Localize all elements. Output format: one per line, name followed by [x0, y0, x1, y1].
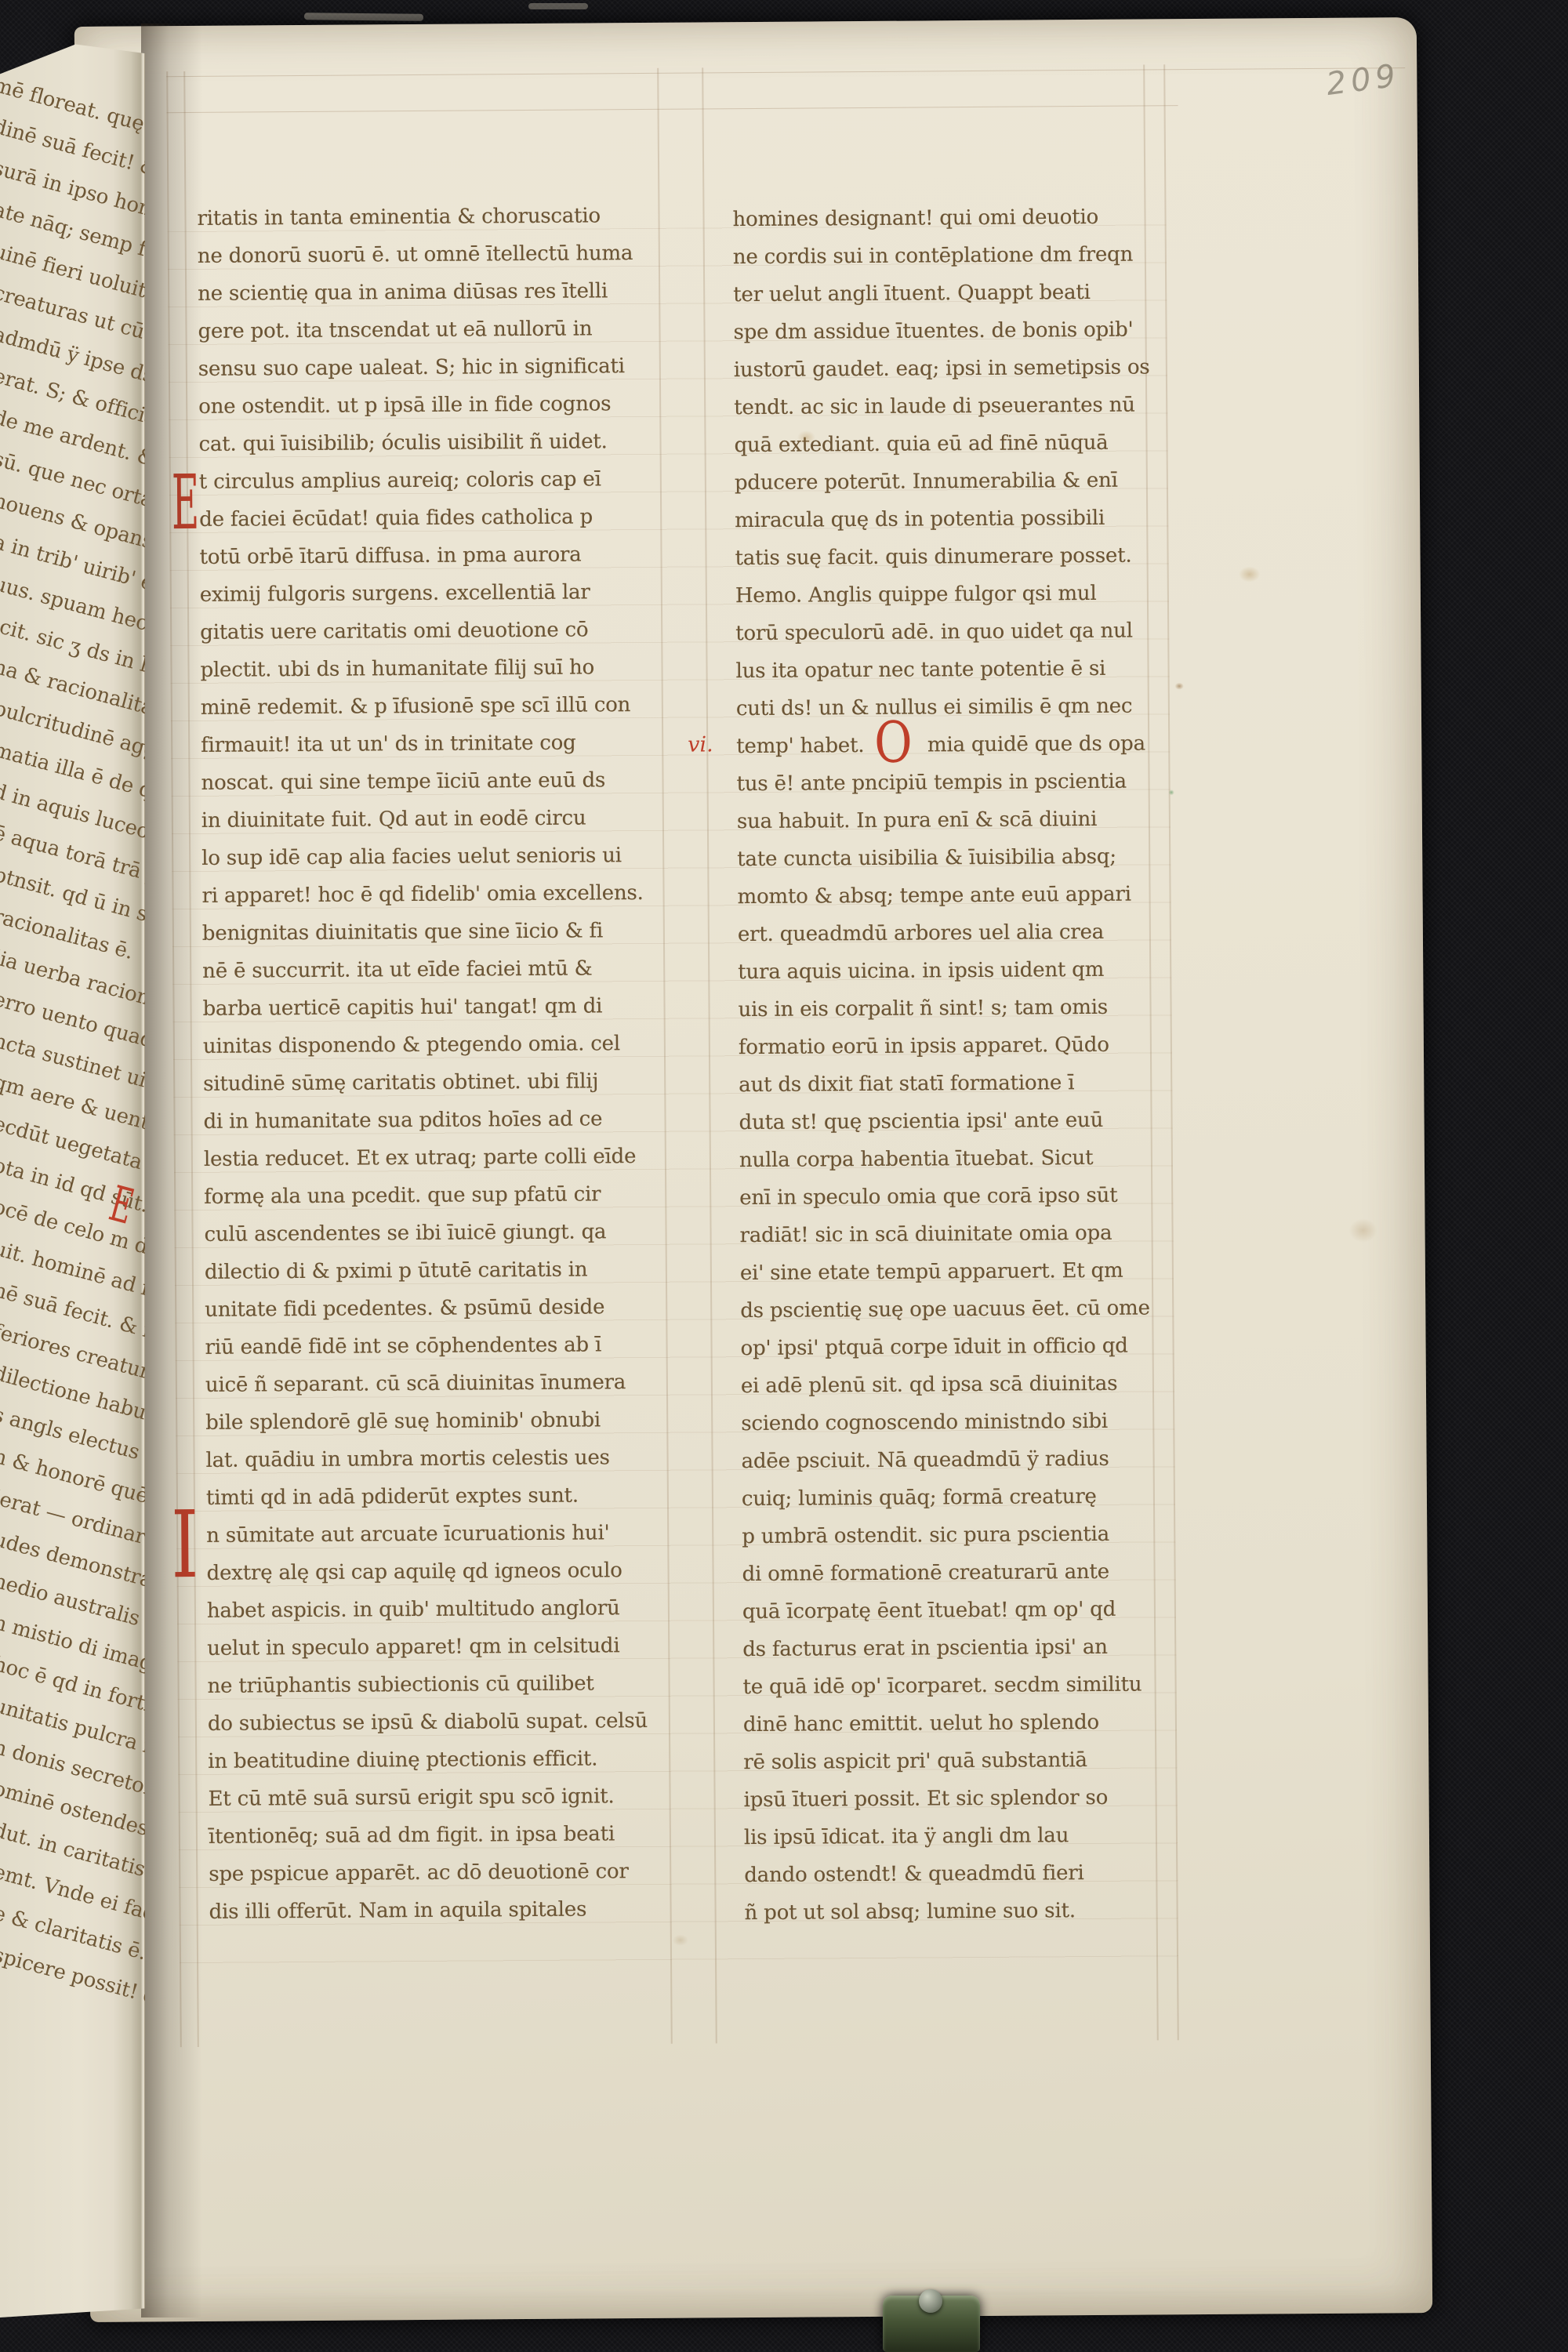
ruling-line [167, 105, 1178, 113]
text-line: cuti ds! un & nullus ei similis ē qm nec [736, 687, 1191, 728]
page-edge-sliver [528, 3, 588, 9]
text-line: nē ē succurrit. ita ut eīde faciei mtū & [202, 949, 673, 990]
text-line: do subiectus se ipsū & diabolū supat. ce… [208, 1702, 678, 1743]
text-line: tura aquis uicina. in ipsis uident qm [738, 950, 1192, 991]
text-line: aut ds dixit fiat statī formatione ī [739, 1063, 1193, 1104]
page-fold-shadow [141, 24, 202, 2318]
text-line: ter uelut angli ītuent. Quappt beati [733, 273, 1188, 314]
ruling-lines [74, 17, 1417, 27]
text-line: uelut in speculo apparet! qm in celsitud… [207, 1627, 677, 1668]
text-line: temp' habet. mia quidē que ds opa [736, 724, 1191, 765]
clip-pin [919, 2289, 942, 2313]
text-line: homines designant! qui omi deuotio [732, 198, 1187, 238]
text-line: ītentionēq; suā ad dm figit. in ipsa bea… [209, 1815, 679, 1856]
text-line: dis illi offerūt. Nam in aquila spitales [209, 1890, 679, 1931]
text-line: de faciei ēcūdat! quia fides catholica p [199, 498, 670, 539]
text-line: te quā idē op' īcorparet. secdm similitu [742, 1665, 1197, 1706]
text-line: pducere poterūt. Innumerabilia & enī [735, 461, 1189, 502]
parchment-stain [1235, 563, 1265, 585]
text-line: habet aspicis. in quib' multitudo anglor… [207, 1589, 677, 1630]
text-line: Et cū mtē suā sursū erigit spu scō ignit… [208, 1777, 678, 1818]
text-line: gere pot. ita tnscendat ut eā nullorū in [198, 310, 668, 350]
previous-page-text: mē floreat. quę addinē suā fecit! & omss… [0, 64, 145, 1976]
text-line: quā extediant. quia eū ad finē nūquā [734, 423, 1189, 464]
text-line: torū speculorū adē. in quo uidet qa nul [735, 612, 1190, 652]
ruling-line [166, 67, 1405, 77]
text-line: formatio eorū in ipsis apparet. Qūdo [739, 1025, 1193, 1066]
text-line: firmauit! ita ut un' ds in trinitate cog [201, 724, 671, 764]
text-line: ds pscientię suę ope uacuus ēet. cū ome [740, 1289, 1195, 1330]
text-line: eximij fulgoris surgens. excellentiā lar [200, 573, 670, 614]
text-line: uinitas disponendo & ptegendo omia. cel [203, 1025, 673, 1065]
text-line: cuiq; luminis quāq; formā creaturę [742, 1477, 1196, 1518]
text-line: ipsū ītueri possit. Et sic splendor so [743, 1778, 1198, 1819]
text-line: iustorū gaudet. eaq; ipsi in semetipsis … [734, 348, 1189, 389]
text-line: ne scientię qua in anima diūsas res ītel… [198, 272, 668, 313]
text-line: tatis suę facit. quis dinumerare posset. [735, 536, 1189, 577]
text-line: spe pspicue apparēt. ac dō deuotionē cor [209, 1853, 679, 1893]
text-line: nulla corpa habentia ītuebat. Sicut [739, 1138, 1194, 1179]
text-line: plectit. ubi ds in humanitate filij suī … [200, 648, 670, 689]
rubric-initial-o: O [874, 714, 913, 771]
text-line: lo sup idē cap alia facies uelut seniori… [201, 837, 672, 877]
text-line: di omnē formationē creaturarū ante [742, 1552, 1196, 1593]
previous-page-edge: mē floreat. quę addinē suā fecit! & omss… [0, 28, 145, 2318]
text-line: adēe psciuit. Nā queadmdū ÿ radius [741, 1439, 1196, 1480]
text-line: lestia reducet. Et ex utraq; parte colli… [204, 1138, 674, 1178]
text-column-left: ritatis in tanta eminentia & choruscatio… [197, 197, 679, 1931]
text-line: dilectio di & pximi p ūtutē caritatis in [205, 1250, 675, 1291]
text-line: riū eandē fidē int se cōphendentes ab ī [205, 1326, 675, 1367]
text-line: dinē hanc emittit. uelut ho splendo [743, 1703, 1198, 1744]
text-line: spe dm assidue ītuentes. de bonis opib' [733, 310, 1188, 351]
text-line: ert. queadmdū arbores uel alia crea [738, 913, 1192, 953]
text-line: tate cuncta uisibilia & īuisibilia absq; [737, 837, 1192, 878]
text-line: noscat. qui sine tempe īiciū ante euū ds [201, 761, 671, 802]
parchment-stain [1343, 1214, 1382, 1247]
text-line: rē solis aspicit pri' quā substantiā [743, 1740, 1198, 1781]
text-line: uicē ñ separant. cū scā diuinitas īnumer… [205, 1363, 676, 1404]
text-line: gitatis uere caritatis omi deuotione cō [200, 611, 670, 652]
text-line: lis ipsū īdicat. ita ÿ angli dm lau [744, 1816, 1199, 1857]
text-line: op' ipsi' ptquā corpe īduit in officio q… [740, 1327, 1195, 1367]
text-line: tendt. ac sic in laude di pseuerantes nū [734, 386, 1189, 426]
text-line: dando ostendt! & queadmdū fieri [744, 1853, 1199, 1894]
text-column-right: homines designant! qui omi deuotione cor… [732, 198, 1199, 1932]
text-line: ne cordis sui in contēplatione dm freqn [733, 235, 1188, 276]
text-line: miracula quę ds in potentia possibili [735, 499, 1189, 539]
text-line: one ostendit. ut p ipsā ille in fide cog… [198, 385, 669, 426]
text-line: dextrę alę qsi cap aquilę qd igneos ocul… [206, 1552, 677, 1592]
text-line: benignitas diuinitatis que sine īicio & … [202, 912, 673, 953]
text-line: uis in eis corpalit ñ sint! s; tam omis [738, 988, 1192, 1029]
text-line: culū ascendentes se ibi īuicē giungt. qa [204, 1213, 674, 1254]
text-line: ei adē plenū sit. qd ipsa scā diuinitas [741, 1364, 1196, 1405]
text-line: n sūmitate aut arcuate īcuruationis hui' [206, 1514, 677, 1555]
text-line: t circulus amplius aureiq; coloris cap e… [199, 460, 670, 501]
text-line: in diuinitate fuit. Qd aut in eodē circu [201, 799, 672, 840]
text-line: ñ pot ut sol absq; lumine suo sit. [744, 1891, 1199, 1932]
page-edge-sliver [304, 13, 423, 21]
text-line: minē redemit. & p īfusionē spe scī illū … [201, 686, 671, 727]
text-line: ds facturus erat in pscientia ipsi' an [742, 1628, 1197, 1668]
text-line: ritatis in tanta eminentia & choruscatio [197, 197, 667, 238]
text-line: di in humanitate sua pditos hoīes ad ce [203, 1100, 673, 1141]
text-line: timti qd in adā pdiderūt exptes sunt. [206, 1476, 677, 1517]
text-line: bile splendorē glē suę hominib' obnubi [205, 1401, 676, 1442]
rubric-margin-note: vi. [688, 732, 713, 757]
text-line: tus ē! ante pncipiū tempis in pscientia [736, 762, 1191, 803]
photograph-background: 209 ritatis in tanta eminentia & chorusc… [0, 0, 1568, 2352]
text-line: barba uerticē capitis hui' tangat! qm di [202, 987, 673, 1028]
text-line: totū orbē ītarū diffusa. in pma aurora [199, 535, 670, 576]
page-holder-clip [883, 2296, 980, 2352]
text-line: unitate fidi pcedentes. & psūmū deside [205, 1288, 675, 1329]
text-line: ne donorū suorū ē. ut omnē ītellectū hum… [198, 234, 668, 275]
manuscript-page: 209 ritatis in tanta eminentia & chorusc… [74, 17, 1432, 2322]
text-line: formę ala una pcedit. que sup pfatū cir [204, 1175, 674, 1216]
text-line: momto & absq; tempe ante euū appari [737, 875, 1192, 916]
text-line: sensu suo cape ualeat. S; hic in signifi… [198, 347, 669, 388]
text-line: duta st! quę pscientia ipsi' ante euū [739, 1101, 1193, 1142]
text-line: enī in speculo omia que corā ipso sūt [739, 1176, 1194, 1217]
text-line: ne triūphantis subiectionis cū quilibet [207, 1664, 677, 1705]
text-line: quā īcorpatę ēent ītuebat! qm op' qd [742, 1590, 1197, 1631]
text-line: ei' sine etate tempū apparuert. Et qm [740, 1251, 1195, 1292]
folio-number: 209 [1324, 50, 1461, 103]
text-line: cat. qui īuisibilib; óculis uisibilit ñ … [198, 423, 669, 463]
text-line: situdinē sūmę caritatis obtinet. ubi fil… [203, 1062, 673, 1103]
text-line: sua habuit. In pura enī & scā diuini [737, 800, 1192, 840]
text-line: sciendo cognoscendo ministndo sibi [741, 1402, 1196, 1443]
text-line: in beatitudine diuinę ptectionis efficit… [208, 1740, 678, 1780]
text-line: lat. quādiu in umbra mortis celestis ues [205, 1439, 676, 1479]
text-line: ri apparet! hoc ē qd fidelib' omia excel… [201, 874, 672, 915]
text-line: Hemo. Anglis quippe fulgor qsi mul [735, 574, 1190, 615]
text-line: p umbrā ostendit. sic pura pscientia [742, 1515, 1196, 1555]
text-line: lus ita opatur nec tante potentie ē si [735, 649, 1190, 690]
text-line: radiāt! sic in scā diuinitate omia opa [739, 1214, 1194, 1254]
